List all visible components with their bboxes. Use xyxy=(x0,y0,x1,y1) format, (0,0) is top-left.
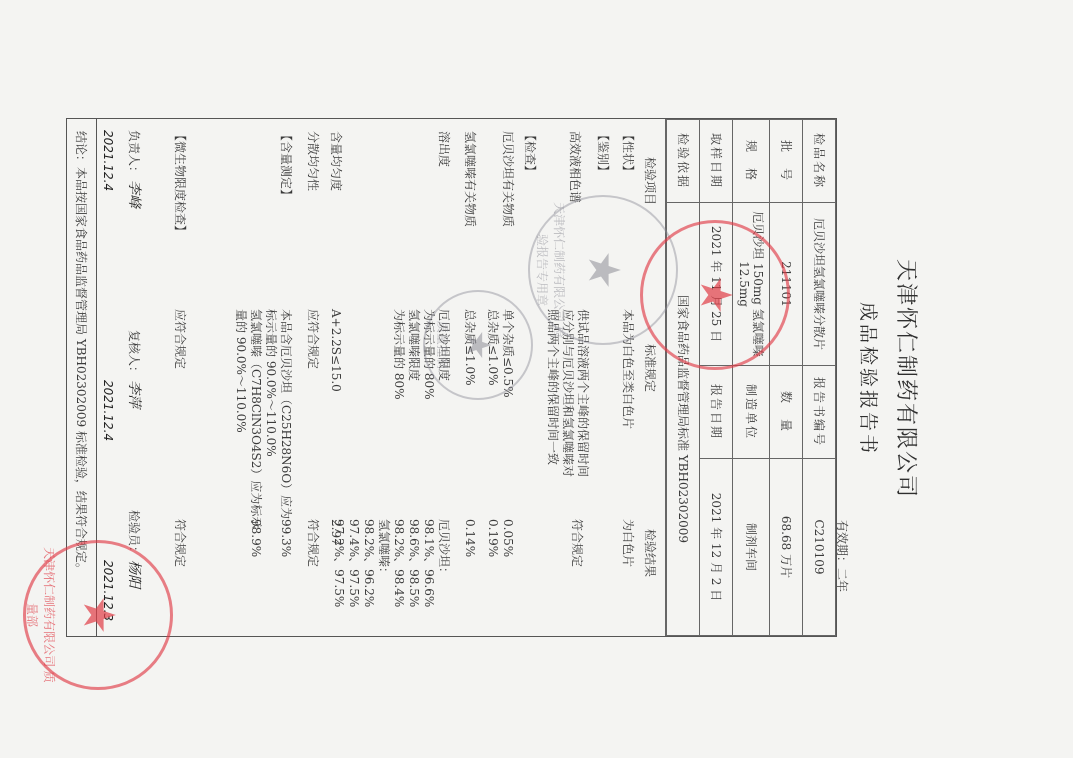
standard-text: 应符合规定 xyxy=(305,309,320,369)
lot-stamp-text: 天津怀仁制药有限公司 检验报告专用章 xyxy=(534,197,568,343)
star-icon: ★ xyxy=(456,330,500,360)
result-text: 2.97 xyxy=(328,519,343,546)
label-basis: 检验依据 xyxy=(667,120,700,203)
standard-text: 量的 90.0%～110.0% xyxy=(233,309,248,433)
result-text: 98.6%、98.5% xyxy=(406,519,421,607)
standard-text: 氢氯噻嗪限度 xyxy=(406,309,421,381)
value-product-name: 厄贝沙坦氢氯噻嗪分散片 xyxy=(803,203,836,366)
result-text: 0.05% xyxy=(500,519,515,557)
section-heading: 【鉴别】 xyxy=(595,129,610,177)
test-item: 高效液相色谱 xyxy=(567,131,582,203)
standard-text: 本品含厄贝沙坦（C25H28N6O）应为 xyxy=(278,309,293,519)
responsible-signature: 李峰 xyxy=(125,180,145,208)
reviewer-label: 复核人： xyxy=(126,330,143,378)
label-report-date: 报告日期 xyxy=(700,366,733,459)
star-icon: ★ xyxy=(76,595,120,634)
table-row: 检验依据 国家食品药品监督管理局标准 YBH02302009 xyxy=(667,120,700,636)
table-row: 规 格 厄贝沙坦 150mg 氢氯噻嗪 12.5mg 制造单位 制剂车间 xyxy=(733,120,770,636)
header-item: 检验项目 xyxy=(642,157,659,205)
qa-stamp-text: 天津怀仁制药有限公司 质量部 xyxy=(24,543,58,687)
section-heading: 【性状】 xyxy=(620,129,635,177)
info-table: 检品名称 厄贝沙坦氢氯噻嗪分散片 报告书编号 C210109 批 号 21110… xyxy=(666,119,836,636)
report-page: 天津怀仁制药有限公司 成品检验报告书 有效期：二年 检品名称 厄贝沙坦氢氯噻嗪分… xyxy=(0,0,1073,758)
reviewer-signature: 李萍 xyxy=(125,380,145,408)
result-text: 厄贝沙坦： xyxy=(436,519,451,579)
test-item: 分散均匀性 xyxy=(305,131,320,191)
reviewer-date: 2021.12.4 xyxy=(101,380,115,441)
test-item: 含量均匀度 xyxy=(328,131,343,191)
value-manufacturer: 制剂车间 xyxy=(733,459,770,636)
result-text: 符合规定 xyxy=(172,519,187,567)
standard-text: 为标示量的 80% xyxy=(391,309,406,400)
table-row: 检品名称 厄贝沙坦氢氯噻嗪分散片 报告书编号 C210109 xyxy=(803,120,836,636)
standard-text: 标示量的 90.0%～110.0% xyxy=(263,309,278,457)
standard-text: A+2.2S≤15.0 xyxy=(328,309,343,392)
batch-stamp: ★ xyxy=(640,220,790,370)
result-text: 氢氯噻嗪： xyxy=(376,519,391,579)
result-text: 97.4%、97.5% xyxy=(346,519,361,607)
result-text: 符合规定 xyxy=(305,519,320,567)
value-quantity: 68.68 万片 xyxy=(770,459,803,636)
result-text: 符合规定 xyxy=(569,519,584,567)
result-text: 98.2%、98.4% xyxy=(391,519,406,607)
table-row: 取样日期 2021 年 11 月 25 日 报告日期 2021 年 12 月 2… xyxy=(700,120,733,636)
responsible-label: 负责人： xyxy=(126,130,143,178)
label-batch: 批 号 xyxy=(770,120,803,203)
result-text: 为白色片 xyxy=(620,519,635,567)
label-sample-date: 取样日期 xyxy=(700,120,733,203)
standard-text: 应符合规定 xyxy=(172,309,187,369)
table-row: 批 号 211101 数 量 68.68 万片 xyxy=(770,120,803,636)
header-standard: 标准规定 xyxy=(642,344,659,392)
company-name: 天津怀仁制药有限公司 xyxy=(892,0,923,758)
test-item: 溶出度 xyxy=(436,131,451,167)
result-text: 0.19% xyxy=(485,519,500,557)
test-item: 氢氯噻嗪有关物质 xyxy=(462,131,477,227)
section-heading: 【微生物限度检查】 xyxy=(172,129,187,237)
qc-stamp-text: 质量控制 xyxy=(434,292,451,398)
test-item: 厄贝沙坦有关物质 xyxy=(500,131,515,227)
section-heading: 【检查】 xyxy=(522,129,537,177)
label-manufacturer: 制造单位 xyxy=(733,366,770,459)
star-icon: ★ xyxy=(581,250,625,289)
result-text: 0.14% xyxy=(462,519,477,557)
report-title: 成品检验报告书 xyxy=(856,0,883,758)
results-area: 检验项目 标准规定 检验结果 【性状】本品为白色至类白色片为白色片【鉴别】高效液… xyxy=(97,119,666,636)
label-report-no: 报告书编号 xyxy=(803,366,836,459)
result-text: 99.3% xyxy=(278,519,293,557)
star-icon: ★ xyxy=(693,275,737,314)
label-product-name: 检品名称 xyxy=(803,120,836,203)
label-quantity: 数 量 xyxy=(770,366,803,459)
label-spec: 规 格 xyxy=(733,120,770,203)
qc-stamp: ★ 质量控制 xyxy=(423,290,533,400)
standard-text: 氢氯噻嗪（C7H8ClN3O4S2）应为标示 xyxy=(248,309,263,528)
qa-stamp: ★ 天津怀仁制药有限公司 质量部 xyxy=(23,540,173,690)
header-result: 检验结果 xyxy=(642,529,659,577)
result-text: 98.9% xyxy=(248,519,263,557)
section-heading: 【含量测定】 xyxy=(278,129,293,201)
responsible-date: 2021.12.4 xyxy=(101,130,115,191)
value-report-date: 2021 年 12 月 2 日 xyxy=(700,459,733,636)
result-text: 98.2%、96.2% xyxy=(361,519,376,607)
result-text: 98.1%、96.6% xyxy=(421,519,436,607)
value-report-no: C210109 xyxy=(803,459,836,636)
